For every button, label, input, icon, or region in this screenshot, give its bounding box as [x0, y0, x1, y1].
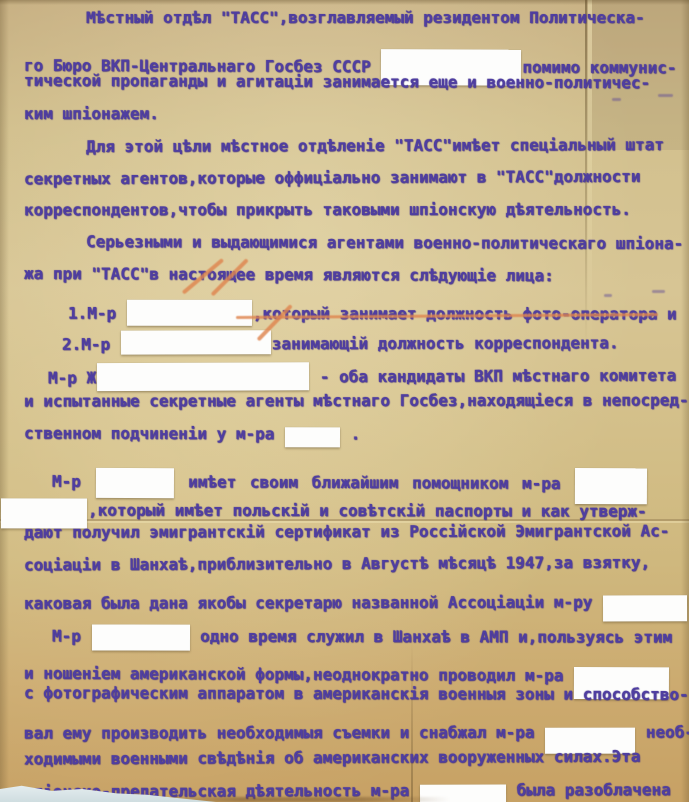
text-run: жа при "ТАСС"в настоящее время являются … — [24, 264, 554, 285]
typed-line: корреспондентов,чтобы прикрыть таковыми … — [24, 200, 631, 220]
typed-line: дают получил эмигрантскій сертификат из … — [24, 521, 669, 541]
typed-line: и ношеніем американской формы,неоднократ… — [24, 651, 670, 686]
text-run: и ношеніем американской формы,неоднократ… — [24, 664, 573, 685]
scanned-document-screenshot: { "colors": { "paper": "#d3bf89", "paper… — [0, 0, 689, 802]
typed-line: ходимыми военными свѣдѣнія об американск… — [24, 747, 641, 769]
ink-ghost-dash — [604, 294, 612, 297]
typed-line: М-р имѣет своим ближайшим помощником м-р… — [52, 455, 648, 494]
text-run: М-р Ж — [48, 368, 96, 387]
text-run: была разоблачена — [507, 780, 671, 799]
text-run: ,который имѣет польскій и совѣтскій пасп… — [88, 501, 647, 521]
redaction-box — [603, 595, 687, 621]
ink-ghost-dash — [652, 290, 665, 293]
typed-line: Серьезными и выдающимися агентами военно… — [86, 232, 683, 253]
document-page: Мѣстный отдѣл "ТАСС",возглавляемый резид… — [0, 0, 689, 802]
typed-line: ственном подчиненіи у м-ра . — [24, 423, 360, 444]
text-run: и испытанные секретные агенты мѣстнаго Г… — [24, 390, 689, 410]
text-run: вал ему производить необходимыя съемки и… — [24, 723, 544, 743]
typed-line: вал ему производить необходимыя съемки и… — [24, 715, 689, 742]
typed-line: 1.М-р ,который занимает должность фото-о… — [68, 297, 677, 324]
redaction-box — [97, 362, 309, 391]
typed-line: и испытанные секретные агенты мѣстнаго Г… — [24, 390, 689, 410]
redaction-box — [127, 300, 252, 326]
text-run: М-р — [52, 472, 95, 491]
text-run: М-р — [52, 626, 91, 645]
text-run: корреспондентов,чтобы прикрыть таковыми … — [24, 200, 631, 220]
text-run: 2.М-р — [62, 335, 120, 354]
redaction-box — [285, 427, 340, 447]
text-run: дают получил эмигрантскій сертификат из … — [24, 521, 669, 541]
typed-line: секретных агентов,которые оффиціально за… — [24, 167, 641, 188]
text-run: каковая была дана якобы секретарю назван… — [24, 592, 602, 612]
paper-edge-top — [0, 0, 689, 5]
text-run: . — [341, 424, 360, 443]
text-run: ственном подчиненіи у м-ра — [24, 424, 284, 444]
typed-line: ,который имѣет польскій и совѣтскій пасп… — [0, 489, 647, 520]
ink-ghost-dash — [612, 98, 621, 101]
typed-line: Для этой цѣли мѣстное отдѣленіе "ТАСС"им… — [86, 135, 664, 156]
text-run: ким шпіонажем. — [24, 104, 159, 123]
redaction-box — [91, 624, 189, 650]
text-run: занимающій должность корреспондента. — [272, 333, 619, 353]
typed-line: тической пропаганды и агитаціи занимаетс… — [24, 71, 650, 92]
typed-line: жа при "ТАСС"в настоящее время являются … — [24, 264, 554, 285]
typed-line: ким шпіонажем. — [24, 104, 159, 123]
typed-line: соціаціи в Шанхаѣ,приблизительно в Авгус… — [24, 553, 650, 575]
paper-edge-left — [0, 0, 9, 802]
typed-line: с фотографическим аппаратом в американск… — [24, 683, 689, 704]
text-run: ходимыми военными свѣдѣнія об американск… — [24, 747, 641, 769]
typed-line: каковая была дана якобы секретарю назван… — [24, 585, 689, 613]
text-run: соціаціи в Шанхаѣ,приблизительно в Авгус… — [24, 553, 650, 575]
redaction-box — [121, 330, 271, 354]
text-run: секретных агентов,которые оффиціально за… — [24, 167, 641, 188]
text-run: 1.М-р — [68, 304, 126, 323]
typed-line: Мѣстный отдѣл "ТАСС",возглавляемый резид… — [86, 8, 645, 27]
text-run: необ- — [636, 722, 689, 741]
typed-line: 2.М-р занимающій должность корреспондент… — [62, 328, 619, 354]
text-run: одно время служил в Шанхаѣ в АМП и,польз… — [191, 627, 673, 647]
text-run: Мѣстный отдѣл "ТАСС",возглавляемый резид… — [86, 8, 645, 27]
typed-line: М-р одно время служил в Шанхаѣ в АМП и,п… — [52, 619, 672, 646]
text-run: тической пропаганды и агитаціи занимаетс… — [24, 71, 650, 92]
text-run: Серьезными и выдающимися агентами военно… — [86, 232, 683, 253]
typed-line: М-р Ж - оба кандидаты ВКП мѣстнаго комит… — [48, 357, 676, 388]
text-run: Для этой цѣли мѣстное отдѣленіе "ТАСС"им… — [86, 135, 664, 156]
text-run: с фотографическим аппаратом в американск… — [24, 683, 689, 704]
ink-ghost-dash — [658, 94, 673, 97]
text-run: - оба кандидаты ВКП мѣстнаго комитета — [310, 366, 676, 387]
